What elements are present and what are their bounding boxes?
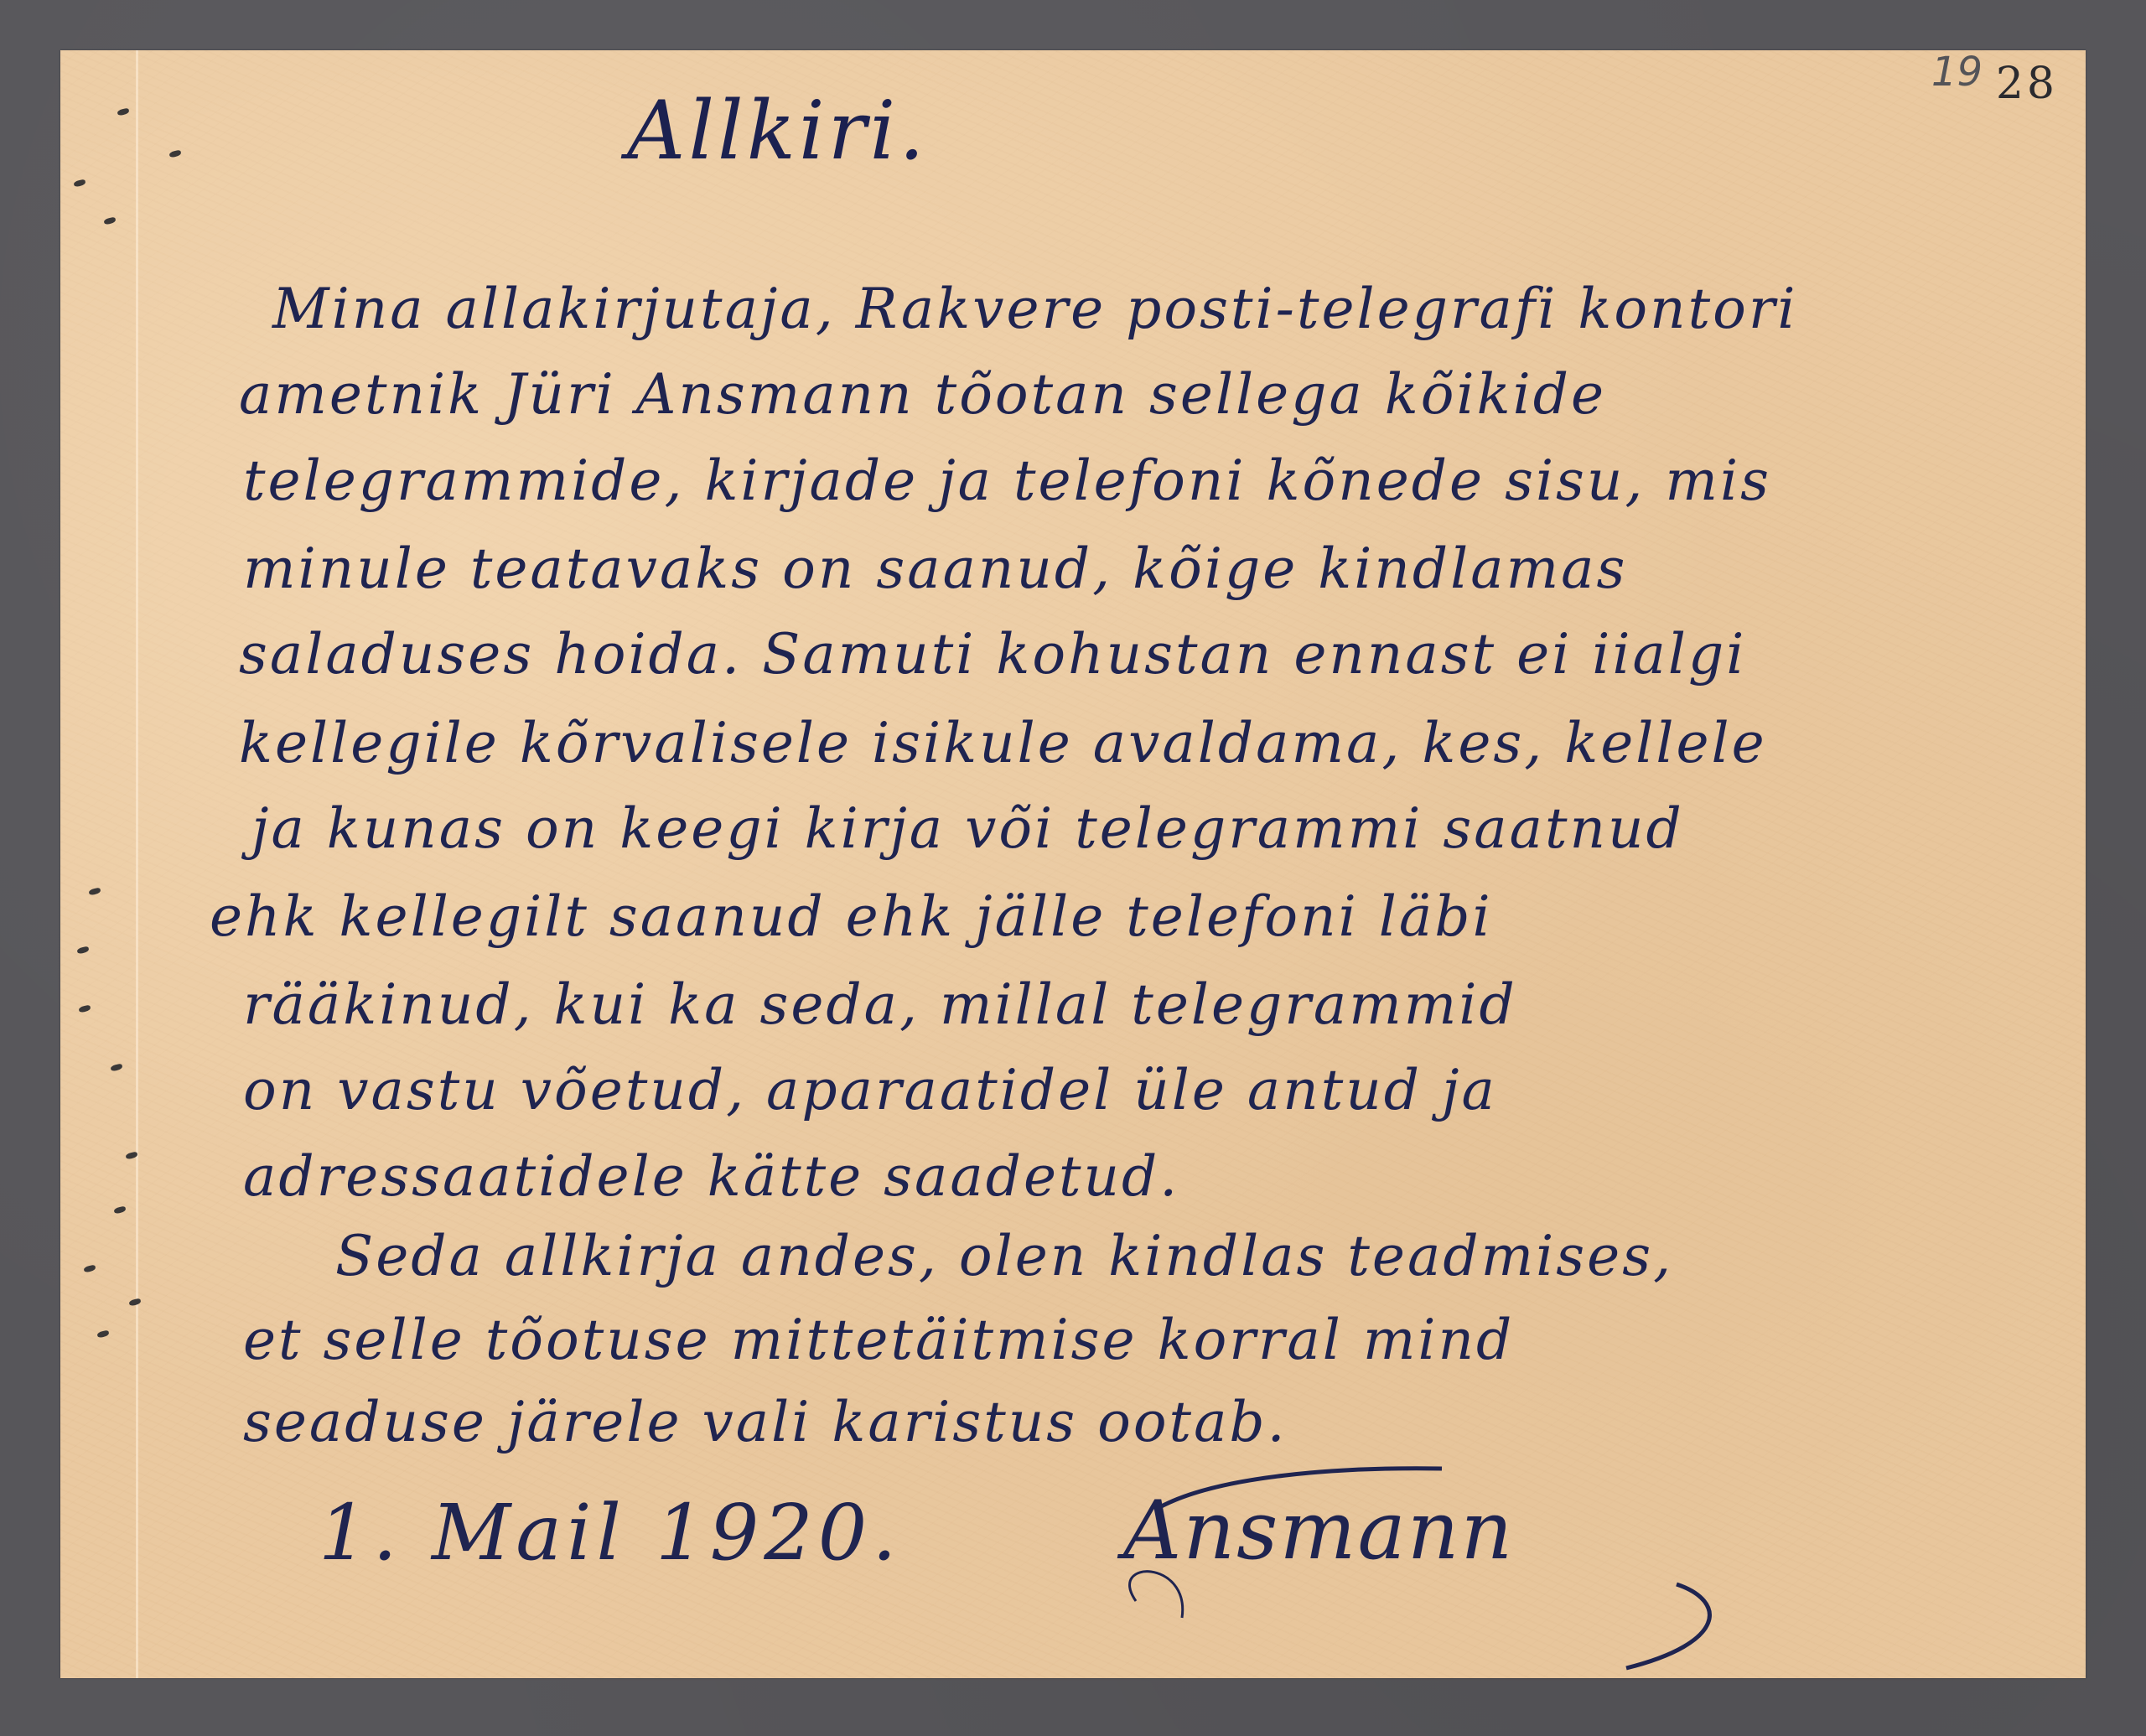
document-date: 1. Mail 1920. [319, 1488, 902, 1578]
text-line: rääkinud, kui ka seda, millal telegrammi… [243, 972, 1517, 1037]
document-title: Allkiri. [627, 84, 928, 178]
text-line: telegrammide, kirjade ja telefoni kõnede… [243, 448, 1771, 513]
text-line: adressaatidele kätte saadetud. [243, 1144, 1179, 1209]
text-line: Seda allkirja andes, olen kindlas teadmi… [335, 1224, 1673, 1288]
manuscript-body: Allkiri. Mina allakirjutaja, Rakvere pos… [0, 0, 2146, 1736]
text-line: et selle tõotuse mittetäitmise korral mi… [243, 1308, 1514, 1372]
text-line: on vastu võetud, aparaatidel üle antud j… [243, 1058, 1497, 1122]
text-line: Mina allakirjutaja, Rakvere posti-telegr… [272, 277, 1798, 341]
signature: Ansmann [1123, 1484, 1514, 1578]
text-line: ametnik Jüri Ansmann tõotan sellega kõik… [239, 362, 1606, 427]
text-line: kellegile kõrvalisele isikule avaldama, … [239, 711, 1767, 775]
text-line: seaduse järele vali karistus ootab. [243, 1390, 1288, 1454]
text-line: ehk kellegilt saanud ehk jälle telefoni … [210, 884, 1493, 949]
text-line: minule teatavaks on saanud, kõige kindla… [243, 536, 1627, 601]
text-line: ja kunas on keegi kirja või telegrammi s… [251, 796, 1684, 861]
text-line: saladuses hoida. Samuti kohustan ennast … [239, 622, 1746, 687]
